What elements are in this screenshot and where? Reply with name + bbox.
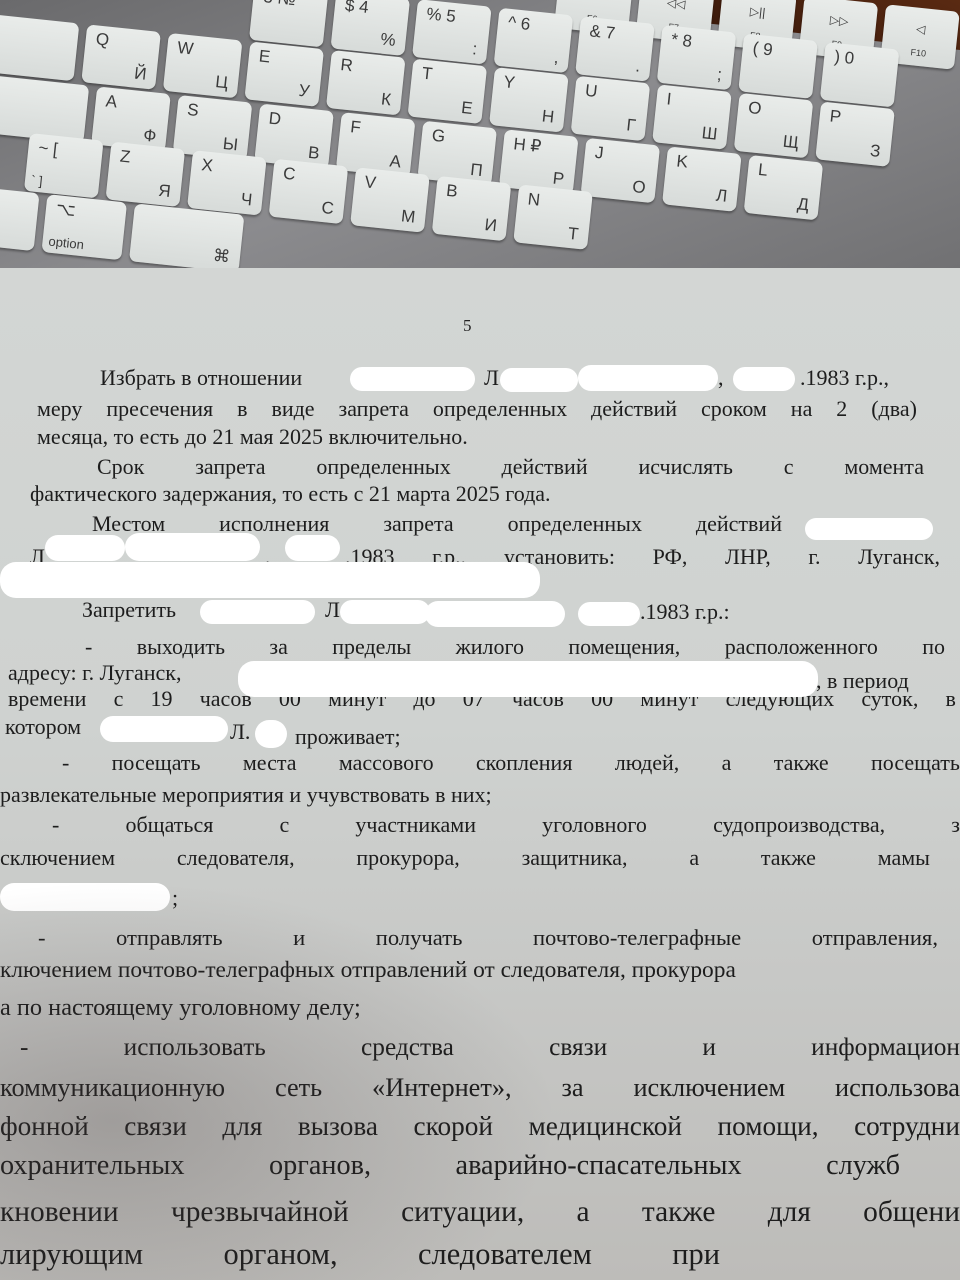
redaction — [578, 602, 640, 626]
document-text-line: Л — [325, 597, 340, 623]
key: TЕ — [407, 59, 487, 124]
document-text-line: Срокзапретаопределенныхдействийисчислять… — [97, 454, 924, 480]
key: ⇥ — [0, 12, 79, 81]
key-number: ) 0 — [820, 42, 900, 107]
document-text-line: мерупресеченияввидезапретаопределенныхде… — [37, 396, 917, 422]
key: UГ — [571, 76, 651, 141]
document-text-line: коммуникационнуюсеть«Интернет»,заисключе… — [0, 1073, 960, 1103]
document-text-line: -использоватьсредствасвязииинформацион — [20, 1033, 960, 1062]
redaction — [578, 365, 718, 391]
key: ⌘ — [129, 203, 244, 272]
document-text-line: -общатьсясучастникамиуголовногосудопроиз… — [52, 812, 960, 838]
document-text-line: -отправлятьиполучатьпочтово-телеграфныео… — [38, 925, 938, 951]
document-text-line: ключением почтово-телеграфных отправлени… — [0, 957, 736, 984]
document-text-line: Избрать в отношении — [100, 365, 302, 391]
document-text-line: -посещатьместамассовогоскоплениялюдей,ат… — [62, 750, 960, 776]
key: IШ — [652, 84, 732, 149]
keyboard: F6◁◁F7▷||F8▷▷F9◁F10 3 №$ 4%% 5:^ 6,& 7.*… — [0, 0, 960, 290]
key: NТ — [513, 184, 593, 249]
document-text-line: Л. — [230, 719, 250, 745]
key: ⌥option — [41, 194, 127, 260]
key: ZЯ — [105, 142, 185, 207]
document-text-line: адресу: г. Луганск, — [8, 660, 182, 686]
document-text-line: проживает; — [295, 724, 401, 750]
key-number: & 7. — [575, 16, 655, 81]
document-text-line: .1983 г.р., — [800, 365, 889, 391]
redaction — [0, 562, 540, 598]
redaction — [0, 883, 170, 911]
document-text-line: ; — [172, 885, 178, 911]
key: QЙ — [81, 24, 161, 89]
key: OЩ — [734, 93, 814, 158]
key: YН — [489, 67, 569, 132]
key-number: % 5: — [412, 0, 492, 65]
redaction — [238, 661, 818, 697]
key: ^control — [0, 185, 40, 251]
key: WЦ — [163, 33, 243, 98]
key-number: 3 № — [249, 0, 329, 47]
document-text-line: охранительныхорганов,аварийно-спасательн… — [0, 1150, 900, 1182]
document-text-line: месяца, то есть до 21 мая 2025 включител… — [37, 424, 468, 450]
key: EУ — [244, 41, 324, 106]
redaction — [200, 600, 315, 624]
document-text-line: лирующиморганом,следователемпри — [0, 1237, 720, 1272]
document-text-line: фактического задержания, то есть с 21 ма… — [30, 481, 551, 507]
document-text-line: сключениемследователя,прокурора,защитник… — [0, 845, 930, 871]
redaction — [340, 600, 430, 624]
redaction — [425, 601, 565, 627]
redaction — [45, 535, 125, 561]
document-text-line: котором — [5, 714, 81, 740]
key: CС — [269, 159, 349, 224]
document-text-line: .1983 г.р.: — [640, 599, 730, 625]
document-text-line: развлекательные мероприятия и учувствова… — [0, 782, 492, 808]
key: VМ — [350, 167, 430, 232]
document-text-line: кновениичрезвычайнойситуации,атакжедляоб… — [0, 1196, 960, 1229]
redaction — [125, 533, 260, 561]
document-text-line: фоннойсвязидлявызоваскороймедицинскойпом… — [0, 1111, 960, 1142]
document-text-line: , — [718, 365, 724, 391]
key-number: $ 4% — [330, 0, 410, 56]
redaction — [805, 518, 933, 540]
key-number: ( 9 — [738, 33, 818, 98]
redaction — [255, 720, 287, 748]
redaction — [350, 367, 475, 391]
document-text-line: Л — [484, 365, 499, 391]
key: XЧ — [187, 150, 267, 215]
redaction — [733, 367, 795, 391]
redaction — [100, 716, 228, 742]
page-number: 5 — [463, 316, 472, 336]
key: PЗ — [815, 101, 895, 166]
document-text-line: -выходитьзапределыжилогопомещения,распол… — [85, 634, 945, 660]
key: BИ — [432, 176, 512, 241]
document-text-line: а по настоящему уголовному делу; — [0, 994, 361, 1022]
document-text-line: Запретить — [82, 597, 176, 623]
key: RК — [326, 50, 406, 115]
redaction — [285, 535, 340, 561]
key: ~ [` ] — [24, 133, 104, 198]
key-number: * 8; — [657, 25, 737, 90]
redaction — [500, 368, 578, 392]
key-number: ^ 6, — [494, 8, 574, 73]
